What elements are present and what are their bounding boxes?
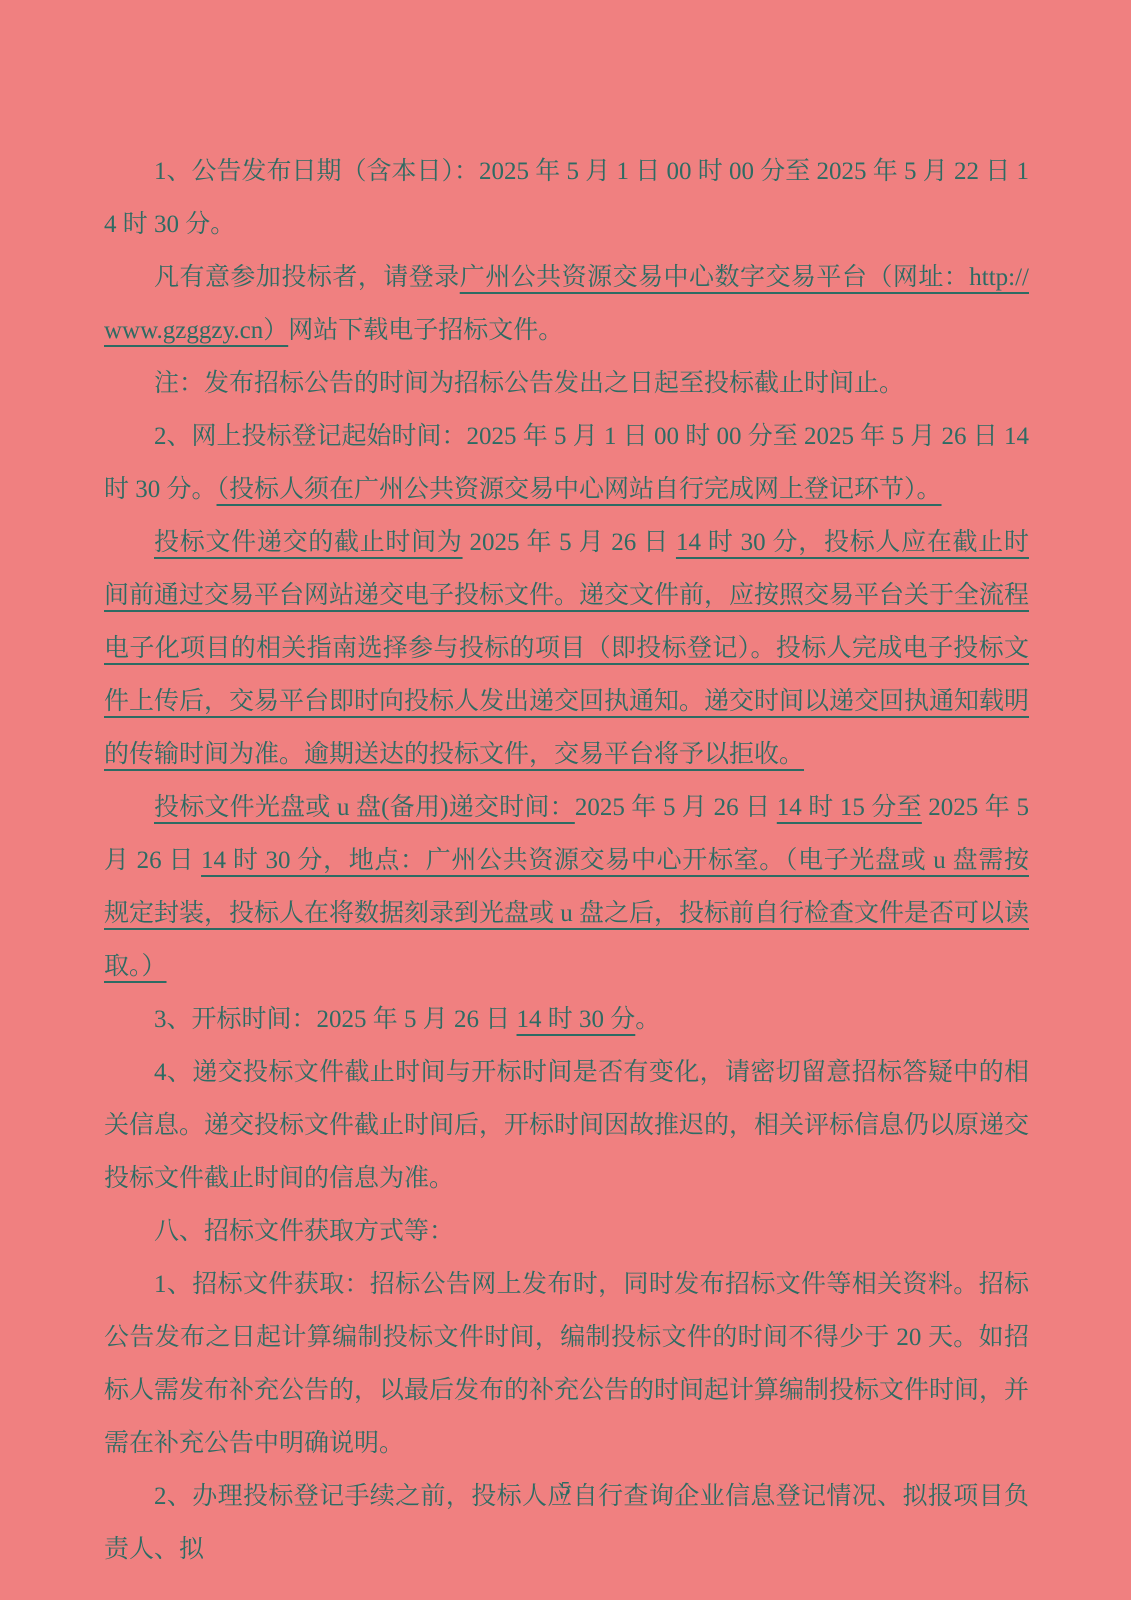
text-segment: 1、招标文件获取：招标公告网上发布时，同时发布招标文件等相关资料。招标公告发布之… bbox=[104, 1271, 1029, 1457]
paragraph: 投标文件光盘或 u 盘(备用)递交时间：2025 年 5 月 26 日 14 时… bbox=[104, 781, 1029, 993]
underlined-text-segment: 14 时 30 分 bbox=[517, 1006, 636, 1033]
paragraph: 3、开标时间：2025 年 5 月 26 日 14 时 30 分。 bbox=[104, 993, 1029, 1046]
text-segment: 1、公告发布日期（含本日）：2025 年 5 月 1 日 00 时 00 分至 … bbox=[104, 158, 1029, 238]
page-number: 5 bbox=[0, 1477, 1131, 1501]
underlined-text-segment: 投标文件递交的截止时间为 bbox=[154, 529, 463, 556]
text-segment: 网站下载电子招标文件。 bbox=[288, 317, 563, 344]
text-segment: 2025 年 5 月 26 日 bbox=[463, 529, 676, 556]
underlined-text-segment: 14 时 30 分，地点：广州公共资源交易中心开标室。（电子光盘或 u 盘需按规… bbox=[104, 847, 1029, 980]
text-segment: 凡有意参加投标者，请登录 bbox=[154, 264, 460, 291]
underlined-text-segment: 投标文件光盘或 u 盘(备用)递交时间： bbox=[154, 794, 575, 821]
paragraph: 1、招标文件获取：招标公告网上发布时，同时发布招标文件等相关资料。招标公告发布之… bbox=[104, 1258, 1029, 1470]
paragraph: 1、公告发布日期（含本日）：2025 年 5 月 1 日 00 时 00 分至 … bbox=[104, 145, 1029, 251]
underlined-text-segment: 14 时 15 分至 bbox=[777, 794, 922, 821]
underlined-text-segment: 14 时 30 分，投标人应在截止时间前通过交易平台网站递交电子投标文件。递交文… bbox=[104, 529, 1029, 768]
paragraph: 注：发布招标公告的时间为招标公告发出之日起至投标截止时间止。 bbox=[104, 357, 1029, 410]
text-segment: 4、递交投标文件截止时间与开标时间是否有变化，请密切留意招标答疑中的相关信息。递… bbox=[104, 1059, 1029, 1192]
underlined-text-segment: （投标人须在广州公共资源交易中心网站自行完成网上登记环节）。 bbox=[217, 476, 942, 503]
paragraph: 凡有意参加投标者，请登录广州公共资源交易中心数字交易平台（网址：http://w… bbox=[104, 251, 1029, 357]
text-segment: 2025 年 5 月 26 日 bbox=[575, 794, 777, 821]
document-page: 1、公告发布日期（含本日）：2025 年 5 月 1 日 00 时 00 分至 … bbox=[0, 0, 1131, 1600]
paragraph: 八、招标文件获取方式等： bbox=[104, 1205, 1029, 1258]
paragraph: 4、递交投标文件截止时间与开标时间是否有变化，请密切留意招标答疑中的相关信息。递… bbox=[104, 1046, 1029, 1205]
text-segment: 八、招标文件获取方式等： bbox=[154, 1218, 454, 1245]
paragraph: 2、网上投标登记起始时间：2025 年 5 月 1 日 00 时 00 分至 2… bbox=[104, 410, 1029, 516]
text-segment: 。 bbox=[635, 1006, 660, 1033]
text-segment: 注：发布招标公告的时间为招标公告发出之日起至投标截止时间止。 bbox=[154, 370, 904, 397]
document-body: 1、公告发布日期（含本日）：2025 年 5 月 1 日 00 时 00 分至 … bbox=[104, 145, 1029, 1576]
text-segment: 3、开标时间：2025 年 5 月 26 日 bbox=[154, 1006, 517, 1033]
paragraph: 投标文件递交的截止时间为 2025 年 5 月 26 日 14 时 30 分，投… bbox=[104, 516, 1029, 781]
